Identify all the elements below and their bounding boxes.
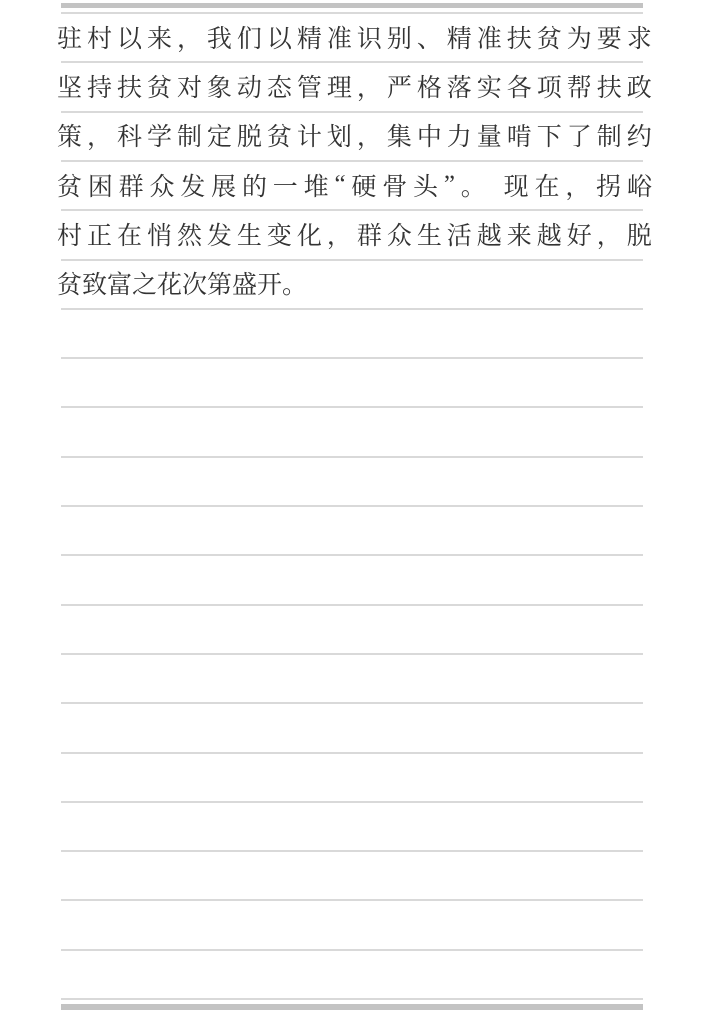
rule-line xyxy=(61,604,643,606)
rule-line xyxy=(61,899,643,901)
rule-line xyxy=(61,554,643,556)
rule-line xyxy=(61,653,643,655)
text-line-6: 贫致富之花次第盛开。 xyxy=(57,258,652,307)
page-top-border-bar xyxy=(61,3,643,8)
text-line-4: 贫困群众发展的一堆“硬骨头”。 现在，拐峪 xyxy=(57,160,652,209)
document-page[interactable]: 驻村以来，我们以精准识别、精准扶贫为要求 坚持扶贫对象动态管理，严格落实各项帮扶… xyxy=(0,0,720,1013)
text-line-3: 策，科学制定脱贫计划，集中力量啃下了制约 xyxy=(57,111,652,160)
rule-line xyxy=(61,949,643,951)
rule-line xyxy=(61,406,643,408)
rule-line xyxy=(61,505,643,507)
rule-line xyxy=(61,308,643,310)
rule-line xyxy=(61,850,643,852)
paragraph-text: 驻村以来，我们以精准识别、精准扶贫为要求 坚持扶贫对象动态管理，严格落实各项帮扶… xyxy=(57,12,652,308)
rule-line xyxy=(61,998,643,1000)
rule-line xyxy=(61,702,643,704)
text-line-1: 驻村以来，我们以精准识别、精准扶贫为要求 xyxy=(57,12,652,61)
rule-line xyxy=(61,456,643,458)
rule-line xyxy=(61,357,643,359)
page-bottom-border-bar xyxy=(61,1004,643,1010)
rule-line xyxy=(61,801,643,803)
text-line-5: 村正在悄然发生变化，群众生活越来越好，脱 xyxy=(57,209,652,258)
rule-line xyxy=(61,752,643,754)
text-line-2: 坚持扶贫对象动态管理，严格落实各项帮扶政 xyxy=(57,61,652,110)
